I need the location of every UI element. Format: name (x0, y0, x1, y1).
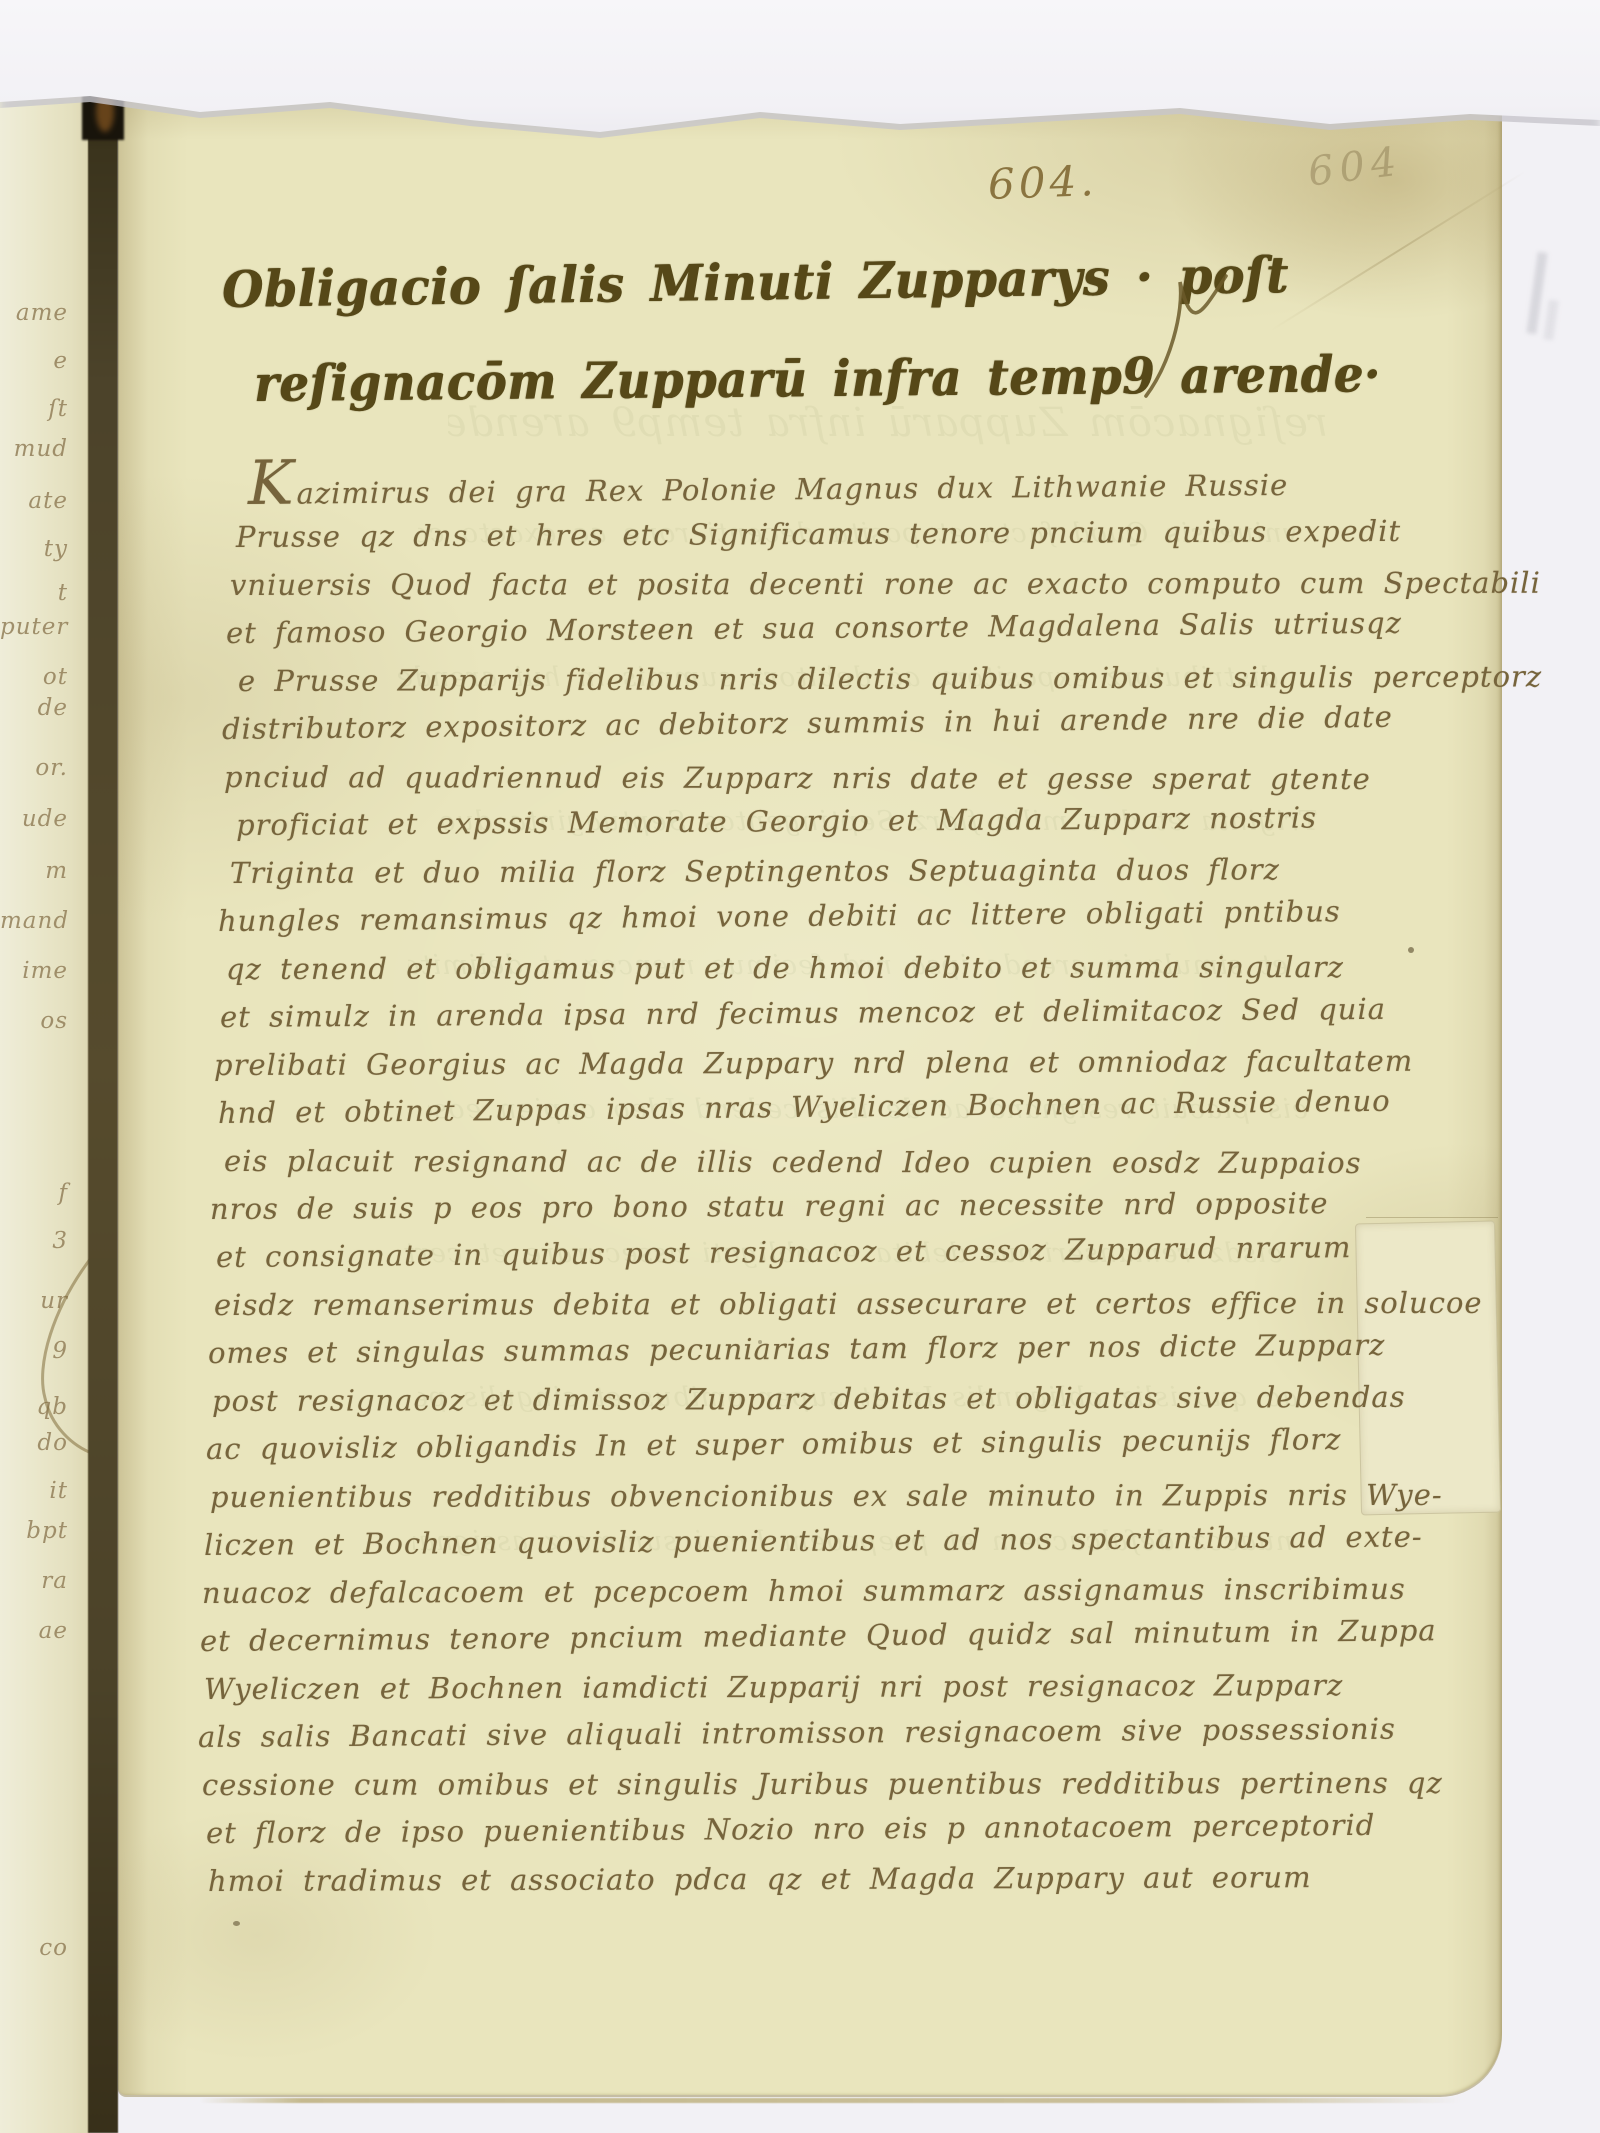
body-text-line: nuacoz defalcacoem et pcepcoem hmoi summ… (202, 1572, 1406, 1610)
body-text-line: als salis Bancati sive aliquali intromis… (198, 1712, 1396, 1754)
body-text-line: distributorz expositorz ac debitorz summ… (222, 700, 1393, 746)
facing-page-sliver: ame e ſt mud ate ty t puter ot de or. ud… (0, 96, 90, 2133)
facing-page-text-fragment: ate (0, 488, 68, 514)
body-text-line: Prusse qz dns et hres etc Significamus t… (236, 514, 1401, 554)
facing-page-text-fragment: t (0, 580, 68, 606)
facing-page-text-fragment: or. (0, 755, 68, 781)
facing-page-text-fragment: os (0, 1008, 68, 1034)
facing-page-text-fragment: puter (0, 614, 68, 640)
binding-gutter (88, 0, 118, 2133)
body-text-line: e Prusse Zupparijs fidelibus nris dilect… (238, 659, 1542, 698)
body-text-line: et florz de ipso puenientibus Nozio nro … (206, 1808, 1375, 1850)
repair-patch (1355, 1221, 1501, 1516)
body-text-line: puenientibus redditibus obvencionibus ex… (210, 1478, 1443, 1514)
facing-page-text-fragment: bpt (0, 1518, 68, 1544)
facing-page-text-fragment: mud (0, 436, 68, 462)
body-text-line: ac quovisliz obligandis In et super omib… (206, 1422, 1342, 1466)
ink-showthrough: reſignacōm Zupparū infra temp9 arende· (448, 400, 1328, 446)
body-text-line: qz tenend et obligamus put et de hmoi de… (226, 950, 1344, 986)
body-text-line: omes et singulas summas pecuniarias tam … (208, 1328, 1386, 1370)
ink-speck (1408, 947, 1414, 953)
body-text-line: Kazimirus dei gra Rex Polonie Magnus dux… (248, 453, 1289, 511)
facing-page-text-fragment: ſt (0, 396, 68, 422)
body-text-line: post resignacoz et dimissoz Zupparz debi… (212, 1380, 1406, 1418)
check-flourish-mark (1138, 268, 1242, 408)
body-text-line: vniuersis Quod facta et posita decenti r… (230, 566, 1541, 602)
heading-line-1: Obligacio ſalis Minuti Zupparys · poſt (222, 245, 1290, 319)
crease-line (1270, 171, 1525, 332)
facing-page-text-fragment: m (0, 858, 68, 884)
body-text-line: prelibati Georgius ac Magda Zuppary nrd … (214, 1044, 1413, 1082)
manuscript-page: 604 604. Obligacio ſalis Minuti Zupparys… (118, 100, 1502, 2095)
body-text-line: hmoi tradimus et associato pdca qz et Ma… (208, 1860, 1312, 1898)
facing-page-text-fragment: it (0, 1478, 68, 1504)
ink-speck (233, 1921, 240, 1926)
facing-page-text-fragment: ame (0, 300, 68, 326)
facing-page-text-fragment: ra (0, 1568, 68, 1594)
body-text-line: Wyeliczen et Bochnen iamdicti Zupparij n… (204, 1668, 1343, 1706)
facing-page-text-fragment: ot (0, 664, 68, 690)
body-text-line: eis placuit resignand ac de illis cedend… (224, 1144, 1362, 1180)
facing-page-text-fragment: f (0, 1180, 68, 1206)
ink-speck (758, 1340, 762, 1344)
page-under-edge (200, 2098, 1460, 2103)
facing-page-text-fragment: e (0, 348, 68, 374)
margin-smudge (1543, 299, 1558, 340)
body-text-line: pnciud ad quadriennud eis Zupparz nris d… (224, 760, 1371, 796)
facing-page-text-fragment: ae (0, 1618, 68, 1644)
body-text-line: cessione cum omibus et singulis Juribus … (202, 1766, 1443, 1802)
body-text-line: et famoso Georgio Morsteen et sua consor… (226, 606, 1402, 650)
facing-page-text-fragment: ty (0, 536, 68, 562)
facing-page-text-fragment: ude (0, 806, 68, 832)
margin-smudge (1526, 252, 1547, 335)
body-text-line: et decernimus tenore pncium mediante Quo… (200, 1613, 1437, 1658)
facing-page-text-fragment: de (0, 695, 68, 721)
body-text-line: eisdz remanserimus debita et obligati as… (214, 1286, 1483, 1322)
crease-line (1366, 1217, 1498, 1218)
folio-number-pencil: 604 (1306, 138, 1405, 195)
facing-page-text-fragment: mand (0, 908, 68, 934)
body-text-line: nros de suis p eos pro bono statu regni … (210, 1186, 1329, 1226)
facing-page-text-fragment: ime (0, 958, 68, 984)
facing-page-text-fragment: co (0, 1935, 68, 1961)
folio-number-ink: 604. (987, 156, 1098, 209)
body-text-line: Triginta et duo milia florz Septingentos… (230, 852, 1280, 890)
body-text-line: et simulz in arenda ipsa nrd fecimus men… (220, 992, 1386, 1034)
body-text-line: hungles remansimus qz hmoi vone debiti a… (218, 894, 1341, 938)
